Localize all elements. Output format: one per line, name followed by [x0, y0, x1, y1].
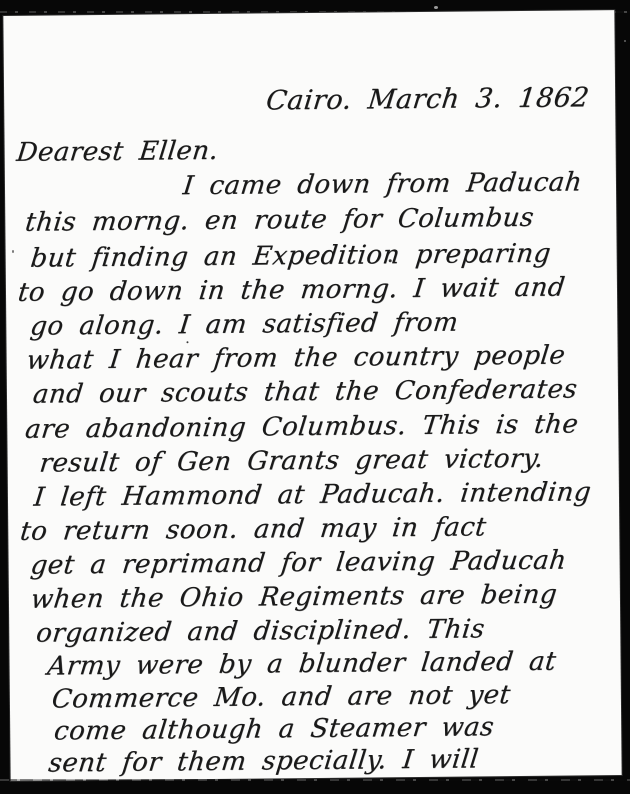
letter-line: and our scouts that the Confederates: [31, 374, 579, 409]
letter-line: sent for them specially. I will: [47, 744, 480, 778]
scan-background: Cairo. March 3. 1862 Dearest Ellen. I ca…: [0, 0, 630, 794]
letter-line: but finding an Expedition preparing: [29, 239, 553, 274]
letter-line: organized and disciplined. This: [35, 614, 487, 648]
letter-line: I came down from Paducah: [181, 167, 584, 201]
letter-line: Army were by a blunder landed at: [46, 647, 558, 682]
letter-line: result of Gen Grants great victory.: [38, 444, 545, 479]
scan-speck: [434, 6, 438, 9]
salutation: Dearest Ellen.: [15, 136, 220, 168]
dateline: Cairo. March 3. 1862: [264, 82, 591, 116]
letter-line: when the Ohio Regiments are being: [29, 580, 558, 615]
letter-page: Cairo. March 3. 1862 Dearest Ellen. I ca…: [3, 10, 621, 781]
scan-speck: [186, 341, 188, 343]
letter-line: Commerce Mo. and are not yet: [50, 680, 512, 714]
scan-speck: [12, 250, 14, 253]
scan-speck: [624, 40, 626, 42]
letter-line: get a reprimand for leaving Paducah: [29, 546, 568, 581]
letter-line: what I hear from the country people: [25, 341, 567, 376]
scan-speck: [389, 259, 392, 262]
letter-line: this morng. en route for Columbus: [24, 203, 536, 238]
letter-line: to return soon. and may in fact: [19, 512, 488, 547]
scan-edge-noise: [0, 779, 630, 781]
letter-line: are abandoning Columbus. This is the: [24, 409, 580, 444]
letter-line: go along. I am satisfied from: [29, 308, 460, 342]
letter-line: to go down in the morng. I wait and: [16, 273, 566, 308]
letter-line: come although a Steamer was: [53, 712, 496, 746]
letter-line: I left Hammond at Paducah. intending: [32, 477, 592, 512]
scan-speck: [100, 705, 102, 708]
